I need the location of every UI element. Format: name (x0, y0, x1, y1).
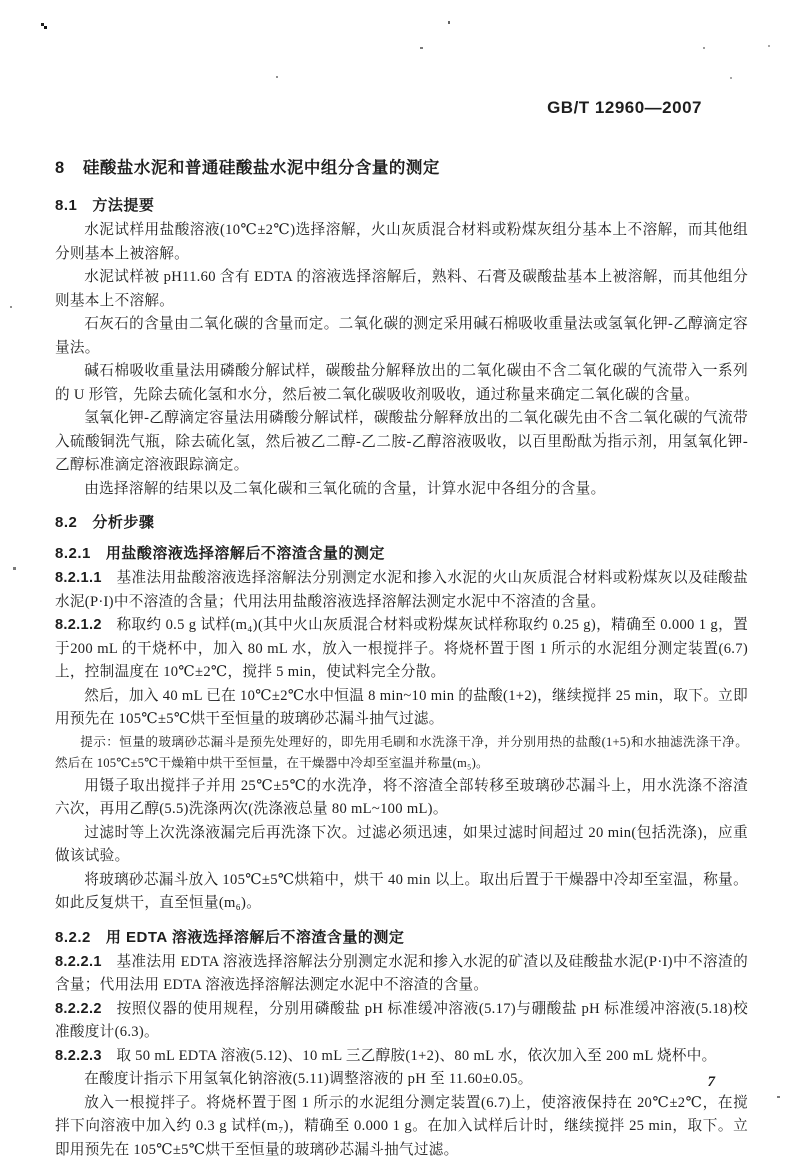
clause-number: 8.2 (55, 514, 77, 531)
paragraph-text: 分析步骤 (92, 514, 154, 531)
clause-number: 8.2.2.1 (55, 954, 102, 970)
scanned-document-page: GB/T 12960—2007 8硅酸盐水泥和普通硅酸盐水泥中组分含量的测定8.… (0, 0, 800, 1170)
clause-number: 8.2.2.3 (55, 1048, 102, 1064)
subsection-heading: 8.2.1用盐酸溶液选择溶解后不溶渣含量的测定 (55, 542, 748, 563)
clause-number: 8.2.1 (55, 545, 91, 562)
body-paragraph: 放入一根搅拌子。将烧杯置于图 1 所示的水泥组分测定装置(6.7)上，使溶液保持… (55, 1092, 748, 1163)
document-body: 8硅酸盐水泥和普通硅酸盐水泥中组分含量的测定8.1方法提要水泥试样用盐酸溶液(1… (55, 154, 748, 1162)
page-content: GB/T 12960—2007 8硅酸盐水泥和普通硅酸盐水泥中组分含量的测定8.… (55, 0, 748, 1162)
paragraph-text: 将玻璃砂芯漏斗放入 105℃±5℃烘箱中，烘干 40 min 以上。取出后置于干… (55, 872, 748, 912)
paragraph-text: 按照仪器的使用规程，分别用磷酸盐 pH 标准缓冲溶液(5.17)与硼酸盐 pH … (55, 1001, 748, 1041)
paragraph-text: 基准法用 EDTA 溶液选择溶解法分别测定水泥和掺入水泥的矿渣以及硅酸盐水泥(P… (55, 954, 748, 994)
clause-paragraph: 8.2.2.3取 50 mL EDTA 溶液(5.12)、10 mL 三乙醇胺(… (55, 1045, 748, 1069)
clause-number: 8.2.2.2 (55, 1001, 102, 1017)
paragraph-text: 提示：恒量的玻璃砂芯漏斗是预先处理好的，即先用毛刷和水洗涤干净，并分别用热的盐酸… (55, 735, 748, 771)
body-paragraph: 水泥试样用盐酸溶液(10℃±2℃)选择溶解，火山灰质混合材料或粉煤灰组分基本上不… (55, 219, 748, 266)
clause-paragraph: 8.2.2.2按照仪器的使用规程，分别用磷酸盐 pH 标准缓冲溶液(5.17)与… (55, 998, 748, 1045)
body-paragraph: 过滤时等上次洗涤液漏完后再洗涤下次。过滤必须迅速，如果过滤时间超过 20 min… (55, 822, 748, 869)
paragraph-text: 过滤时等上次洗涤液漏完后再洗涤下次。过滤必须迅速，如果过滤时间超过 20 min… (55, 825, 748, 865)
clause-number: 8 (55, 159, 65, 177)
paragraph-text: 用盐酸溶液选择溶解后不溶渣含量的测定 (106, 545, 385, 562)
paragraph-text: 方法提要 (92, 197, 154, 214)
subsection-heading: 8.1方法提要 (55, 194, 748, 215)
paragraph-text: 水泥试样用盐酸溶液(10℃±2℃)选择溶解，火山灰质混合材料或粉煤灰组分基本上不… (55, 222, 748, 262)
subsection-heading: 8.2.2用 EDTA 溶液选择溶解后不溶渣含量的测定 (55, 926, 748, 947)
note-paragraph: 提示：恒量的玻璃砂芯漏斗是预先处理好的，即先用毛刷和水洗涤干净，并分别用热的盐酸… (55, 732, 748, 775)
scan-speck (777, 1096, 780, 1098)
paragraph-text: 碱石棉吸收重量法用磷酸分解试样，碳酸盐分解释放出的二氧化碳由不含二氧化碳的气流带… (55, 363, 748, 403)
paragraph-text: 基准法用盐酸溶液选择溶解法分别测定水泥和掺入水泥的火山灰质混合材料或粉煤灰以及硅… (55, 570, 748, 610)
body-paragraph: 水泥试样被 pH11.60 含有 EDTA 的溶液选择溶解后，熟料、石膏及碳酸盐… (55, 266, 748, 313)
clause-paragraph: 8.2.1.2称取约 0.5 g 试样(m₄)(其中火山灰质混合材料或粉煤灰试样… (55, 614, 748, 685)
scan-speck (41, 23, 44, 26)
clause-number: 8.1 (55, 197, 77, 214)
subsection-heading: 8.2分析步骤 (55, 511, 748, 532)
body-paragraph: 石灰石的含量由二氧化碳的含量而定。二氧化碳的测定采用碱石棉吸收重量法或氢氧化钾-… (55, 313, 748, 360)
clause-paragraph: 8.2.1.1基准法用盐酸溶液选择溶解法分别测定水泥和掺入水泥的火山灰质混合材料… (55, 567, 748, 614)
clause-number: 8.2.1.1 (55, 570, 102, 586)
document-header: GB/T 12960—2007 (55, 98, 748, 118)
body-paragraph: 然后，加入 40 mL 已在 10℃±2℃水中恒温 8 min~10 min 的… (55, 685, 748, 732)
paragraph-text: 氢氧化钾-乙醇滴定容量法用磷酸分解试样，碳酸盐分解释放出的二氧化碳先由不含二氧化… (55, 410, 748, 473)
body-paragraph: 碱石棉吸收重量法用磷酸分解试样，碳酸盐分解释放出的二氧化碳由不含二氧化碳的气流带… (55, 360, 748, 407)
section-heading: 8硅酸盐水泥和普通硅酸盐水泥中组分含量的测定 (55, 154, 748, 178)
paragraph-text: 称取约 0.5 g 试样(m₄)(其中火山灰质混合材料或粉煤灰试样称取约 0.2… (55, 617, 748, 680)
clause-number: 8.2.1.2 (55, 617, 102, 633)
standard-code: GB/T 12960—2007 (547, 98, 702, 117)
scan-speck (768, 45, 770, 47)
paragraph-text: 用 EDTA 溶液选择溶解后不溶渣含量的测定 (106, 929, 405, 946)
paragraph-text: 用镊子取出搅拌子并用 25℃±5℃的水洗净，将不溶渣全部转移至玻璃砂芯漏斗上，用… (55, 778, 748, 818)
paragraph-text: 由选择溶解的结果以及二氧化碳和三氧化硫的含量，计算水泥中各组分的含量。 (84, 481, 605, 497)
body-paragraph: 氢氧化钾-乙醇滴定容量法用磷酸分解试样，碳酸盐分解释放出的二氧化碳先由不含二氧化… (55, 407, 748, 478)
paragraph-text: 取 50 mL EDTA 溶液(5.12)、10 mL 三乙醇胺(1+2)、80… (116, 1048, 716, 1064)
clause-number: 8.2.2 (55, 929, 91, 946)
paragraph-text: 石灰石的含量由二氧化碳的含量而定。二氧化碳的测定采用碱石棉吸收重量法或氢氧化钾-… (55, 316, 748, 356)
scan-speck (13, 567, 16, 570)
page-number: 7 (708, 1074, 716, 1090)
body-paragraph: 由选择溶解的结果以及二氧化碳和三氧化硫的含量，计算水泥中各组分的含量。 (55, 478, 748, 502)
paragraph-text: 硅酸盐水泥和普通硅酸盐水泥中组分含量的测定 (83, 159, 440, 177)
body-paragraph: 在酸度计指示下用氢氧化钠溶液(5.11)调整溶液的 pH 至 11.60±0.0… (55, 1068, 748, 1092)
paragraph-text: 放入一根搅拌子。将烧杯置于图 1 所示的水泥组分测定装置(6.7)上，使溶液保持… (55, 1095, 748, 1158)
clause-paragraph: 8.2.2.1基准法用 EDTA 溶液选择溶解法分别测定水泥和掺入水泥的矿渣以及… (55, 951, 748, 998)
paragraph-text: 然后，加入 40 mL 已在 10℃±2℃水中恒温 8 min~10 min 的… (55, 688, 748, 728)
scan-speck (10, 306, 12, 308)
body-paragraph: 用镊子取出搅拌子并用 25℃±5℃的水洗净，将不溶渣全部转移至玻璃砂芯漏斗上，用… (55, 775, 748, 822)
paragraph-text: 水泥试样被 pH11.60 含有 EDTA 的溶液选择溶解后，熟料、石膏及碳酸盐… (55, 269, 748, 309)
paragraph-text: 在酸度计指示下用氢氧化钠溶液(5.11)调整溶液的 pH 至 11.60±0.0… (84, 1071, 532, 1087)
body-paragraph: 将玻璃砂芯漏斗放入 105℃±5℃烘箱中，烘干 40 min 以上。取出后置于干… (55, 869, 748, 916)
page-footer: 7 (708, 1074, 716, 1091)
